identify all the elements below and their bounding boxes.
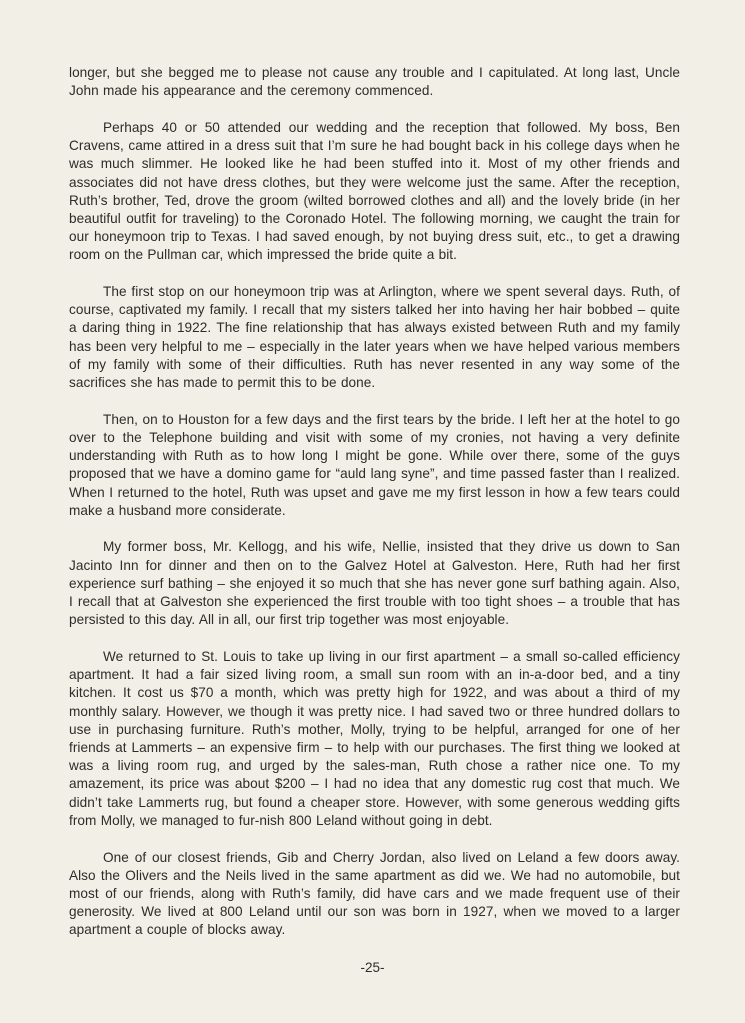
- paragraph-arlington: The first stop on our honeymoon trip was…: [69, 283, 680, 392]
- page-number: -25-: [0, 960, 745, 975]
- document-page: longer, but she begged me to please not …: [69, 64, 680, 940]
- paragraph-friends-leland: One of our closest friends, Gib and Cher…: [69, 849, 680, 940]
- paragraph-wedding-reception: Perhaps 40 or 50 attended our wedding an…: [69, 119, 680, 265]
- paragraph-st-louis-apartment: We returned to St. Louis to take up livi…: [69, 648, 680, 830]
- paragraph-houston: Then, on to Houston for a few days and t…: [69, 411, 680, 520]
- paragraph-galveston: My former boss, Mr. Kellogg, and his wif…: [69, 538, 680, 629]
- paragraph-continuation: longer, but she begged me to please not …: [69, 64, 680, 100]
